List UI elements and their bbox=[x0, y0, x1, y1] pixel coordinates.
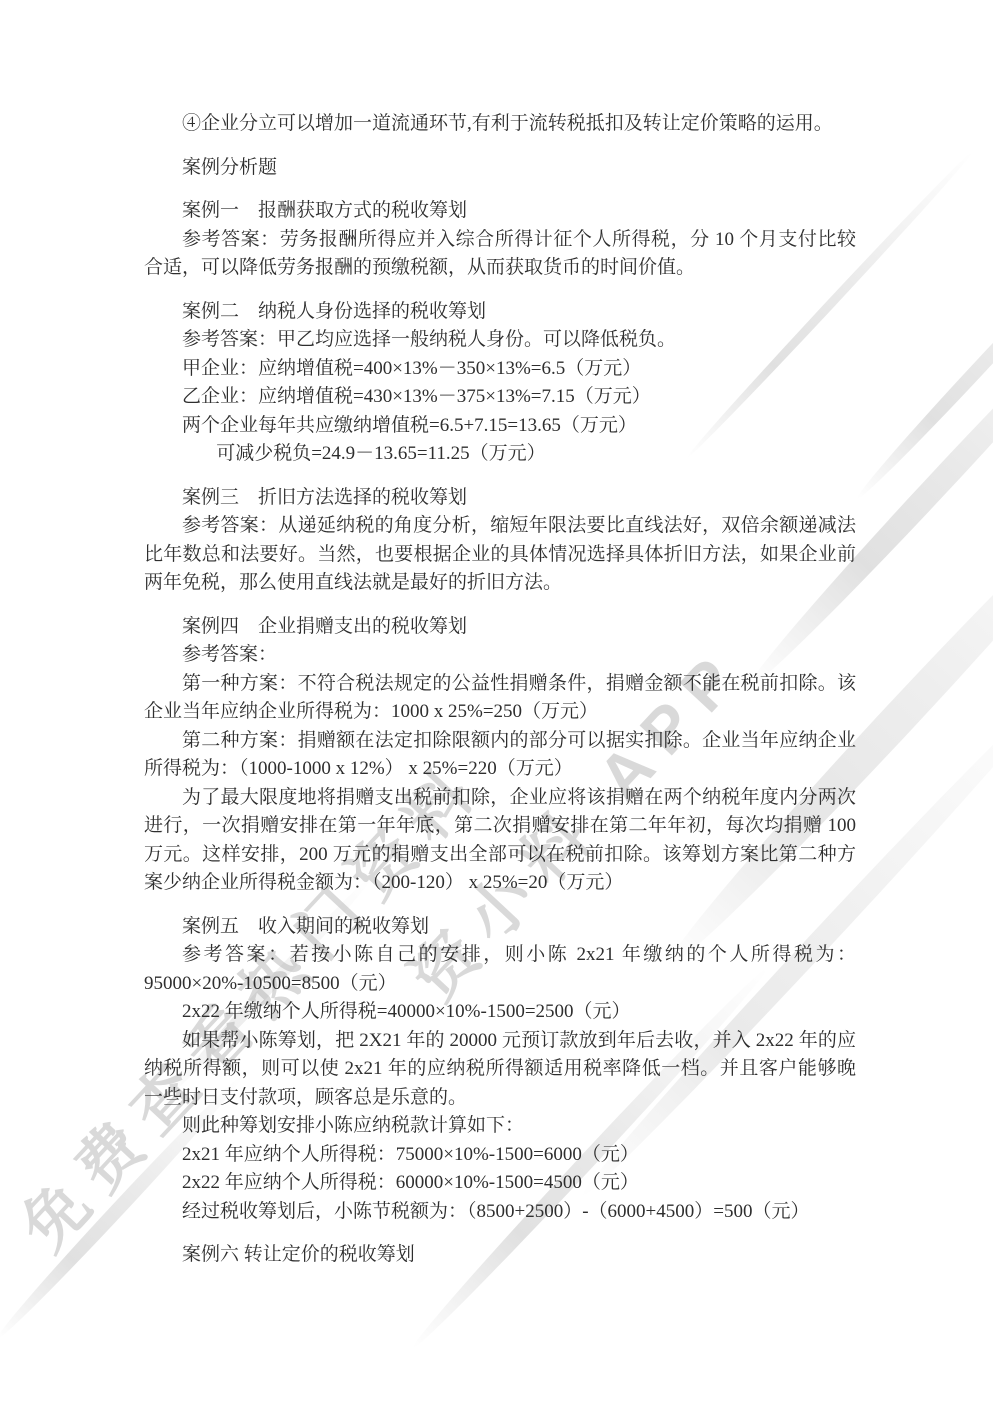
paragraph: 参考答案： bbox=[144, 641, 856, 670]
paragraph: 参考答案：劳务报酬所得应并入综合所得计征个人所得税，分 10 个月支付比较合适，… bbox=[144, 226, 856, 283]
paragraph: 案例五 收入期间的税收筹划 bbox=[144, 913, 856, 942]
paragraph: 2x22 年缴纳个人所得税=40000×10%-1500=2500（元） bbox=[144, 998, 856, 1027]
paragraph: 经过税收筹划后，小陈节税额为：（8500+2500）-（6000+4500）=5… bbox=[144, 1198, 856, 1227]
paragraph: 可减少税负=24.9－13.65=11.25（万元） bbox=[144, 440, 856, 469]
paragraph: 则此种筹划安排小陈应纳税款计算如下： bbox=[144, 1112, 856, 1141]
paragraph: 案例二 纳税人身份选择的税收筹划 bbox=[144, 298, 856, 327]
document-page: 免费查看热门资料 资小料 APP ④企业分立可以增加一道流通环节,有利于流转税抵… bbox=[0, 0, 993, 1404]
paragraph: 乙企业：应纳增值税=430×13%－375×13%=7.15（万元） bbox=[144, 383, 856, 412]
paragraph: 案例三 折旧方法选择的税收筹划 bbox=[144, 484, 856, 513]
document-content: ④企业分立可以增加一道流通环节,有利于流转税抵扣及转让定价策略的运用。案例分析题… bbox=[144, 110, 856, 1270]
paragraph: 甲企业：应纳增值税=400×13%－350×13%=6.5（万元） bbox=[144, 355, 856, 384]
paragraph: 第一种方案：不符合税法规定的公益性捐赠条件，捐赠金额不能在税前扣除。该企业当年应… bbox=[144, 670, 856, 727]
paragraph: ④企业分立可以增加一道流通环节,有利于流转税抵扣及转让定价策略的运用。 bbox=[144, 110, 856, 139]
paragraph: 案例六 转让定价的税收筹划 bbox=[144, 1241, 856, 1270]
streak-mark bbox=[852, 231, 993, 504]
paragraph: 案例分析题 bbox=[144, 154, 856, 183]
paragraph: 案例一 报酬获取方式的税收筹划 bbox=[144, 197, 856, 226]
paragraph: 2x22 年应纳个人所得税：60000×10%-1500=4500（元） bbox=[144, 1169, 856, 1198]
paragraph: 2x21 年应纳个人所得税：75000×10%-1500=6000（元） bbox=[144, 1141, 856, 1170]
paragraph: 参考答案：从递延纳税的角度分析，缩短年限法要比直线法好，双倍余额递减法比年数总和… bbox=[144, 512, 856, 598]
paragraph: 参考答案：若按小陈自己的安排，则小陈 2x21 年缴纳的个人所得税为：95000… bbox=[144, 941, 856, 998]
paragraph: 两个企业每年共应缴纳增值税=6.5+7.15=13.65（万元） bbox=[144, 412, 856, 441]
paragraph: 第二种方案：捐赠额在法定扣除限额内的部分可以据实扣除。企业当年应纳企业所得税为：… bbox=[144, 727, 856, 784]
paragraph: 如果帮小陈筹划，把 2X21 年的 20000 元预订款放到年后去收，并入 2x… bbox=[144, 1027, 856, 1113]
paragraph: 参考答案：甲乙均应选择一般纳税人身份。可以降低税负。 bbox=[144, 326, 856, 355]
paragraph: 案例四 企业捐赠支出的税收筹划 bbox=[144, 613, 856, 642]
paragraph: 为了最大限度地将捐赠支出税前扣除，企业应将该捐赠在两个纳税年度内分两次进行，一次… bbox=[144, 784, 856, 898]
